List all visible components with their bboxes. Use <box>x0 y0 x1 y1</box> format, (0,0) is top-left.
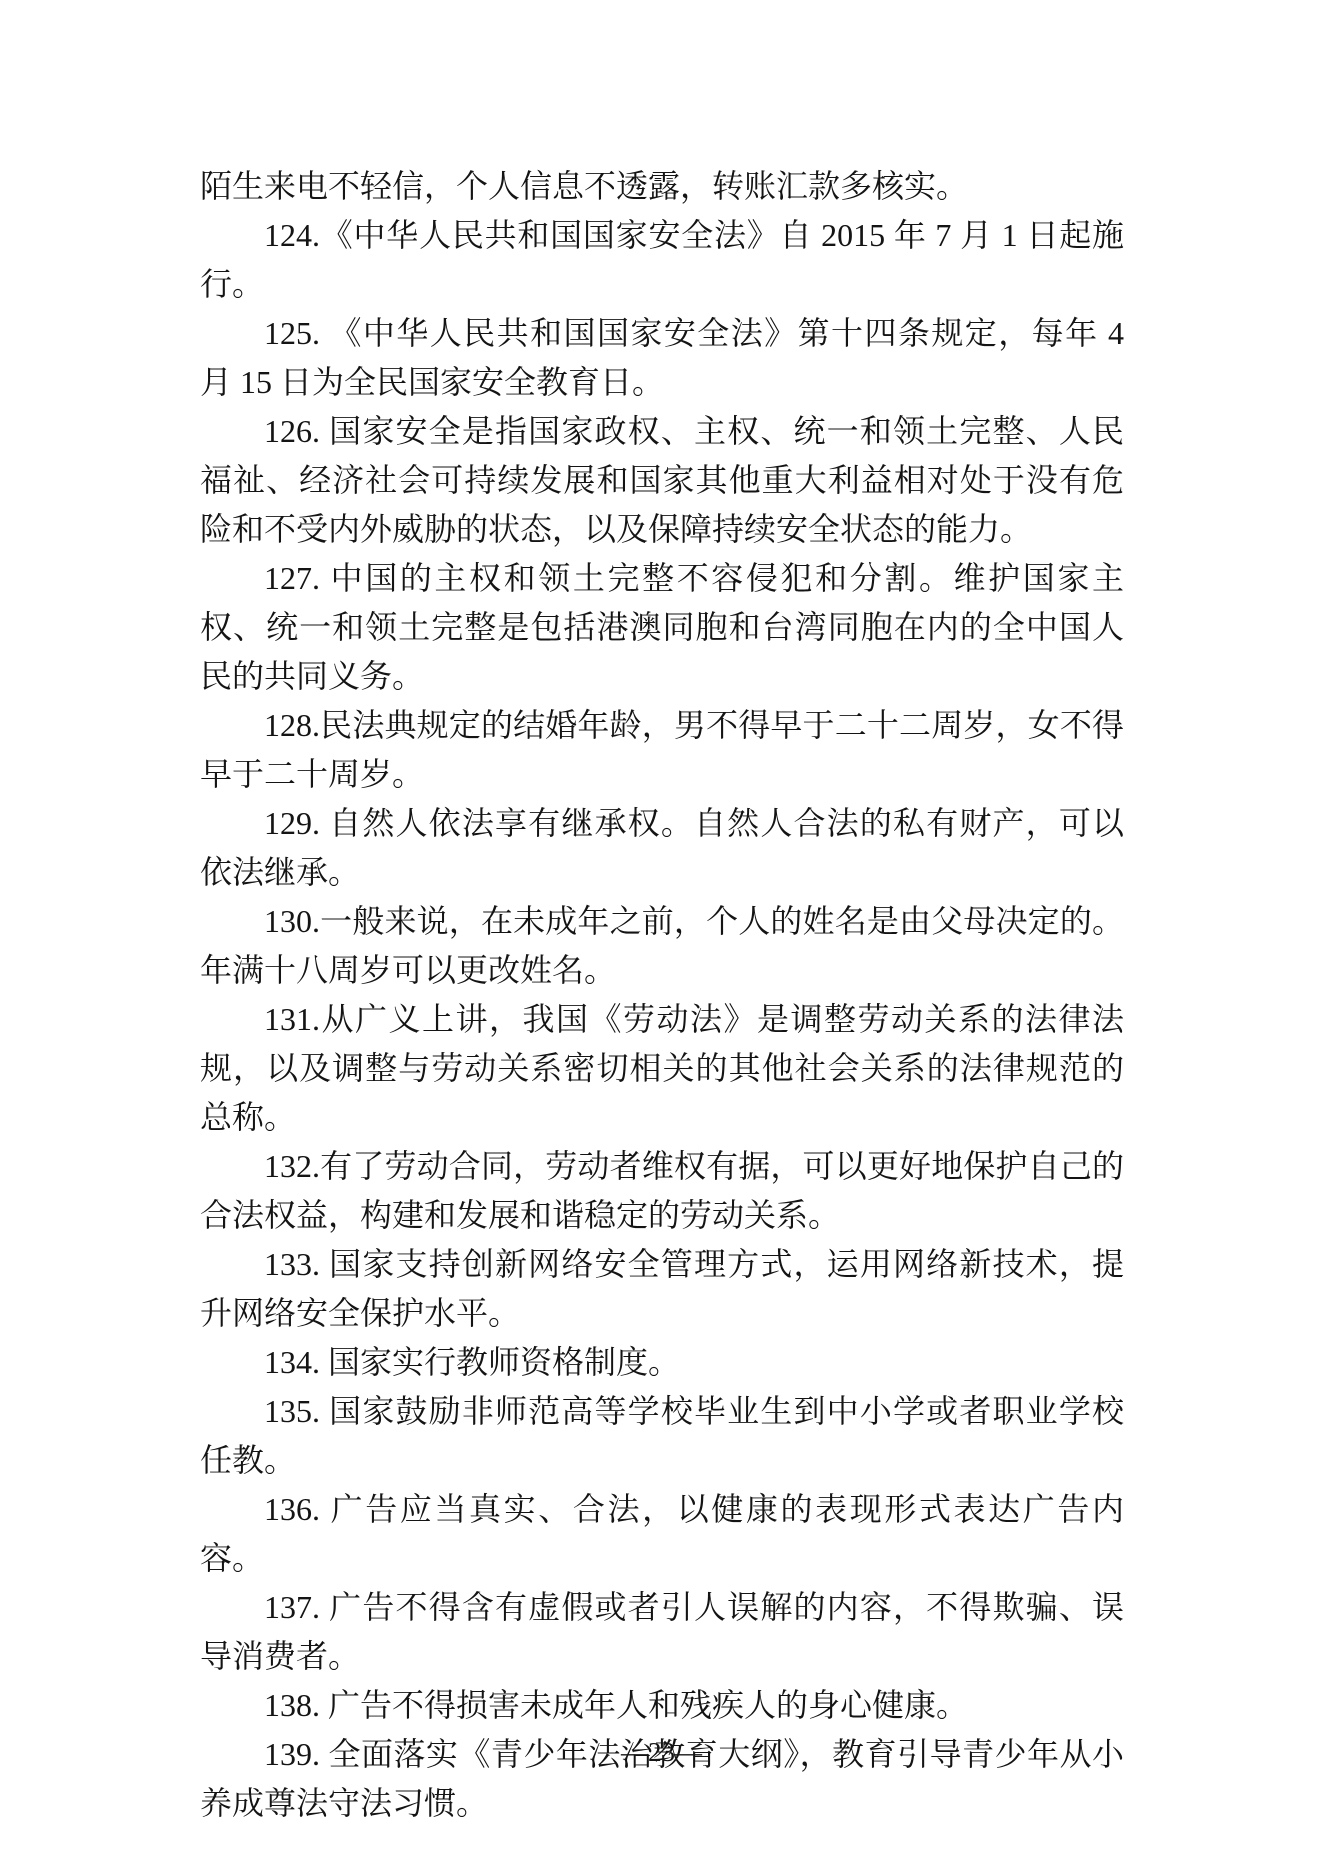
page-footer: —23— <box>0 1732 1323 1772</box>
paragraph: 陌生来电不轻信，个人信息不透露，转账汇款多核实。 <box>200 162 1124 211</box>
paragraph: 130.一般来说，在未成年之前，个人的姓名是由父母决定的。年满十八周岁可以更改姓… <box>200 897 1124 995</box>
paragraph: 133. 国家支持创新网络安全管理方式，运用网络新技术，提升网络安全保护水平。 <box>200 1240 1124 1338</box>
paragraph: 134. 国家实行教师资格制度。 <box>200 1338 1124 1387</box>
paragraph: 126. 国家安全是指国家政权、主权、统一和领土完整、人民福祉、经济社会可持续发… <box>200 407 1124 554</box>
paragraph: 131.从广义上讲，我国《劳动法》是调整劳动关系的法律法规，以及调整与劳动关系密… <box>200 995 1124 1142</box>
document-body: 陌生来电不轻信，个人信息不透露，转账汇款多核实。124.《中华人民共和国国家安全… <box>200 162 1124 1828</box>
paragraph: 132.有了劳动合同，劳动者维权有据，可以更好地保护自己的合法权益，构建和发展和… <box>200 1142 1124 1240</box>
paragraph: 135. 国家鼓励非师范高等学校毕业生到中小学或者职业学校任教。 <box>200 1387 1124 1485</box>
paragraph: 136. 广告应当真实、合法，以健康的表现形式表达广告内容。 <box>200 1485 1124 1583</box>
paragraph: 124.《中华人民共和国国家安全法》自 2015 年 7 月 1 日起施行。 <box>200 211 1124 309</box>
paragraph: 137. 广告不得含有虚假或者引人误解的内容，不得欺骗、误导消费者。 <box>200 1583 1124 1681</box>
paragraph: 129. 自然人依法享有继承权。自然人合法的私有财产，可以依法继承。 <box>200 799 1124 897</box>
paragraph: 127. 中国的主权和领土完整不容侵犯和分割。维护国家主权、统一和领土完整是包括… <box>200 554 1124 701</box>
document-page: 陌生来电不轻信，个人信息不透露，转账汇款多核实。124.《中华人民共和国国家安全… <box>0 0 1323 1871</box>
paragraph: 125. 《中华人民共和国国家安全法》第十四条规定，每年 4 月 15 日为全民… <box>200 309 1124 407</box>
paragraph: 128.民法典规定的结婚年龄，男不得早于二十二周岁，女不得早于二十周岁。 <box>200 701 1124 799</box>
paragraph: 138. 广告不得损害未成年人和残疾人的身心健康。 <box>200 1681 1124 1730</box>
page-number: —23— <box>621 1737 702 1767</box>
